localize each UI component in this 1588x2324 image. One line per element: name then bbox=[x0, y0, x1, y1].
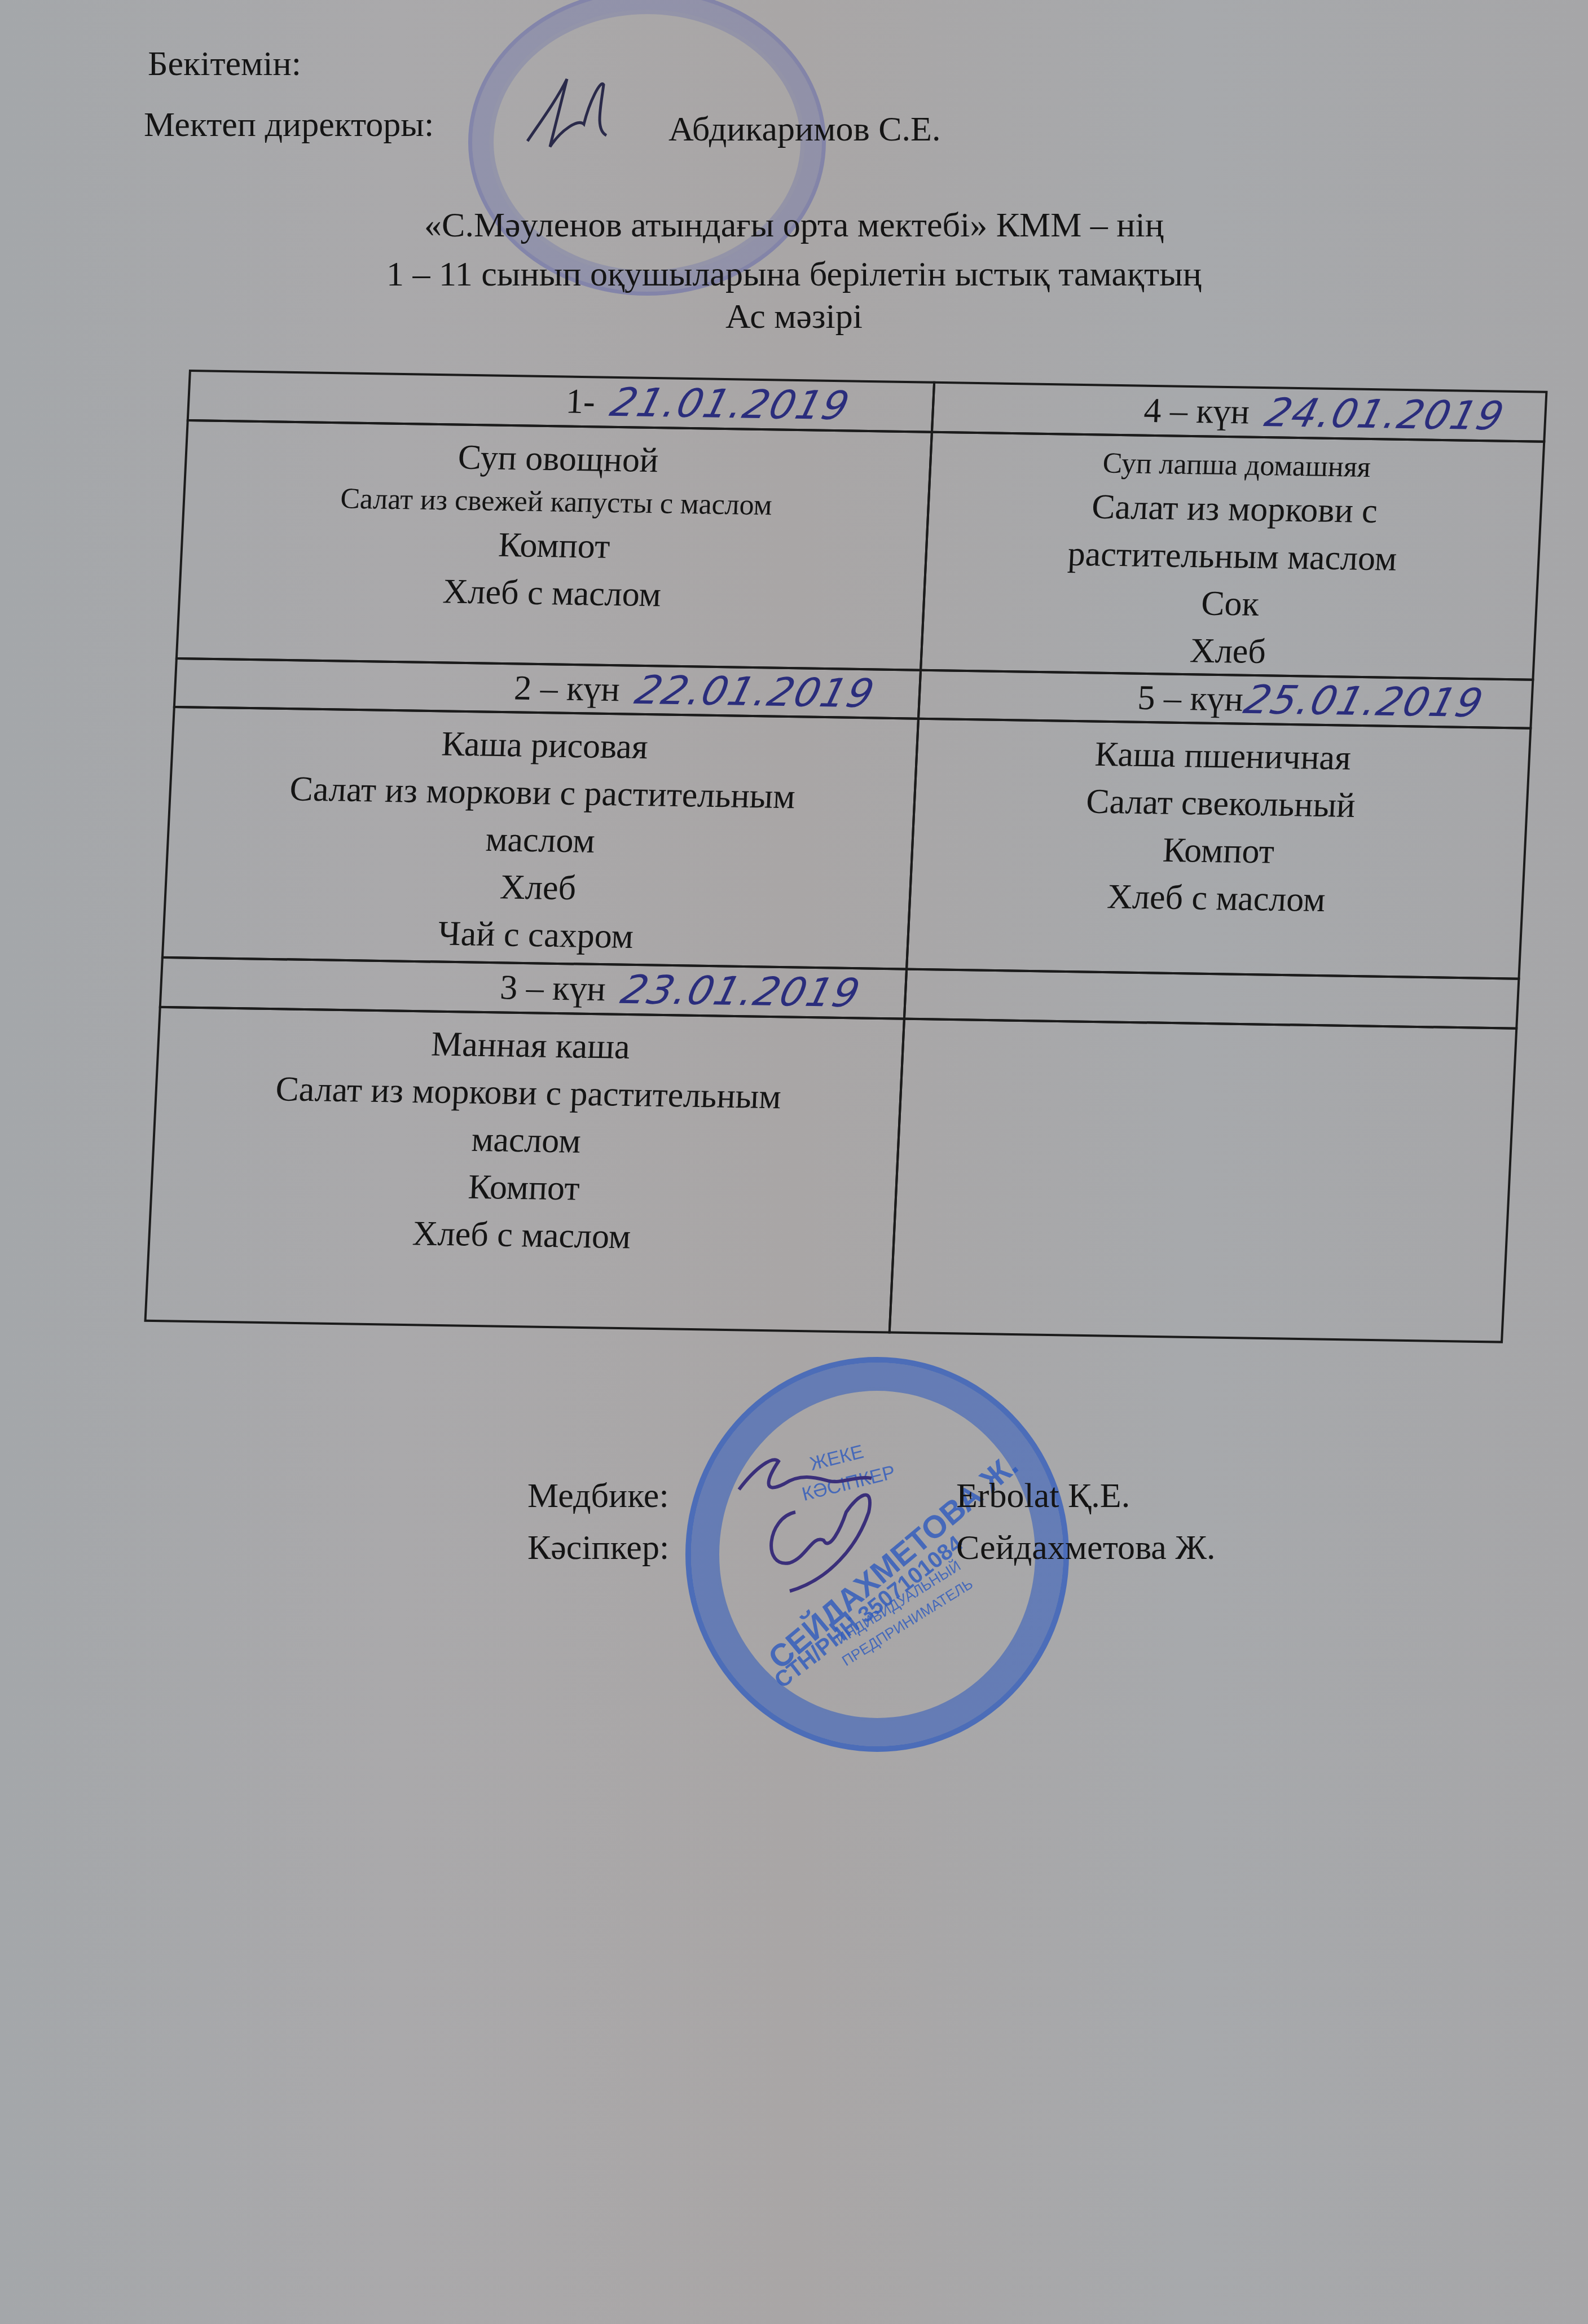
dish: Сок bbox=[1200, 579, 1260, 628]
nurse-label: Медбике: bbox=[527, 1478, 669, 1513]
day-4-label: 4 – күн bbox=[1143, 393, 1250, 430]
dish: Хлеб с маслом bbox=[411, 1210, 632, 1260]
day-2-menu: Каша рисовая Салат из моркови с растител… bbox=[161, 706, 920, 970]
dish: Хлеб с маслом bbox=[1106, 873, 1327, 924]
entrepreneur-name: Сейдахметова Ж. bbox=[956, 1530, 1215, 1565]
dish: Чай с сахром bbox=[437, 910, 635, 960]
dish: Каша рисовая bbox=[441, 720, 649, 771]
dish: Компот bbox=[1162, 827, 1275, 876]
day-4-menu: Суп лапша домашняя Салат из моркови с ра… bbox=[920, 431, 1545, 681]
day-2-label: 2 – күн bbox=[513, 670, 621, 707]
approval-label: Бекітемін: bbox=[148, 46, 301, 81]
day-1-label: 1- bbox=[565, 384, 596, 420]
day-2-date: 22.01.2019 bbox=[632, 670, 879, 713]
document-title-line-2: 1 – 11 сынып оқушыларына берілетін ыстық… bbox=[0, 257, 1588, 292]
dish: Салат из моркови с bbox=[1090, 483, 1378, 535]
dish: Хлеб bbox=[499, 863, 577, 912]
empty-menu bbox=[888, 1018, 1518, 1343]
day-5-menu: Каша пшеничная Салат свекольный Компот Х… bbox=[905, 718, 1532, 980]
day-3-date: 23.01.2019 bbox=[617, 970, 865, 1013]
dish: Салат из моркови с растительным bbox=[289, 765, 797, 820]
entrepreneur-signature bbox=[745, 1478, 891, 1597]
dish: маслом bbox=[470, 1116, 582, 1165]
nurse-name: Erbolat Қ.Е. bbox=[956, 1478, 1130, 1513]
dish: Салат свекольный bbox=[1085, 777, 1357, 829]
dish: Каша пшеничная bbox=[1094, 731, 1352, 782]
day-5-date: 25.01.2019 bbox=[1241, 680, 1488, 723]
day-1-date: 21.01.2019 bbox=[607, 383, 855, 425]
day-4-date: 24.01.2019 bbox=[1261, 393, 1509, 436]
dish: Хлеб с маслом bbox=[442, 568, 662, 618]
director-signature bbox=[516, 68, 640, 152]
dish: маслом bbox=[485, 816, 596, 865]
dish: растительным маслом bbox=[1067, 530, 1398, 583]
dish: Салат из моркови с растительным bbox=[275, 1065, 782, 1121]
director-name: Абдикаримов С.Е. bbox=[668, 112, 940, 147]
menu-table: 1- 21.01.2019 Суп овощной Салат из свеже… bbox=[144, 370, 1547, 1345]
dish: Компот bbox=[498, 521, 612, 570]
dish: Хлеб bbox=[1189, 627, 1267, 675]
day-1-menu: Суп овощной Салат из свежей капусты с ма… bbox=[175, 419, 933, 671]
dish: Манная каша bbox=[430, 1020, 631, 1071]
day-3-label: 3 – күн bbox=[499, 970, 606, 1007]
entrepreneur-label: Кәсіпкер: bbox=[527, 1530, 669, 1565]
dish: Компот bbox=[467, 1163, 581, 1212]
director-label: Мектеп директоры: bbox=[144, 107, 434, 142]
dish: Салат из свежей капусты с маслом bbox=[340, 479, 773, 525]
day-5-label: 5 – күн bbox=[1137, 680, 1244, 717]
dish: Суп лапша домашняя bbox=[1102, 444, 1371, 487]
day-3-menu: Манная каша Салат из моркови с раститель… bbox=[144, 1006, 905, 1334]
document-title-line-1: «С.Мәуленов атындағы орта мектебі» КММ –… bbox=[0, 208, 1588, 243]
dish: Суп овощной bbox=[457, 434, 659, 485]
document-title-line-3: Ас мәзірі bbox=[0, 299, 1588, 334]
